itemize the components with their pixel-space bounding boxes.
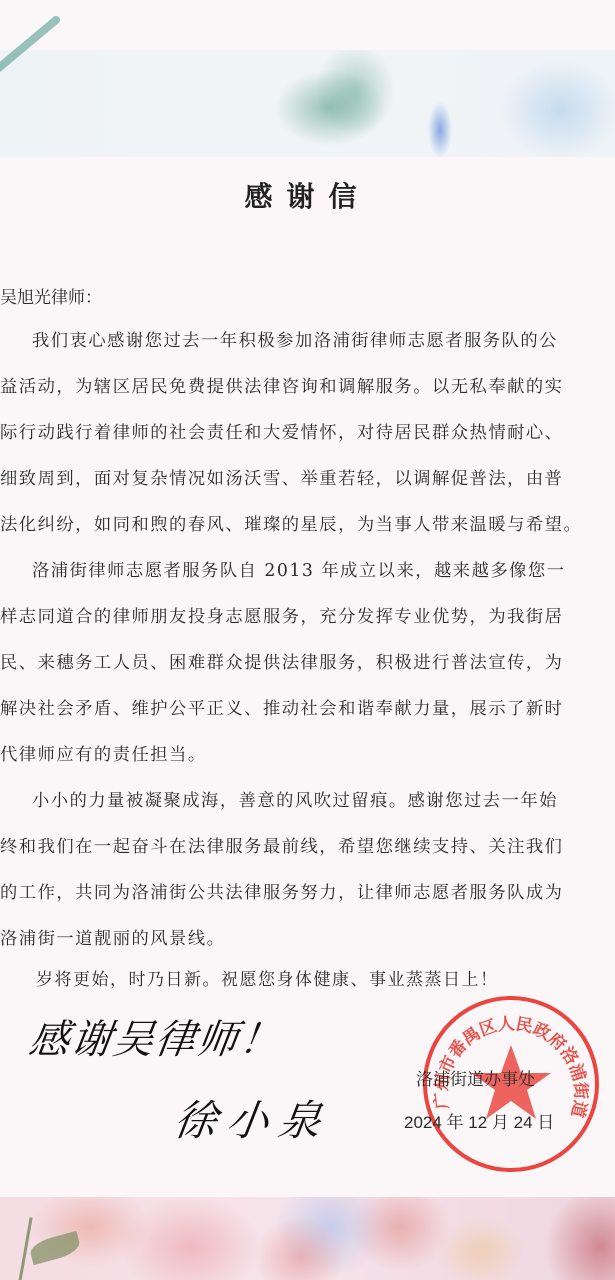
plant-stem-decoration xyxy=(18,1217,32,1280)
body-line: 洛浦街律师志愿者服务队自 2013 年成立以来，越来越多像您一 xyxy=(0,548,615,594)
closing-wishes: 岁将更始，时乃日新。祝愿您身体健康、事业蒸蒸日上！ xyxy=(36,965,499,990)
body-line: 法化纠纷，如同和煦的春风、璀璨的星辰，为当事人带来温暖与希望。 xyxy=(0,502,615,548)
handwritten-note: 感谢吴律师！ xyxy=(26,1008,286,1065)
sender-organization: 洛浦街道办事处 xyxy=(416,1065,535,1090)
leaf-stem-decoration xyxy=(0,14,62,75)
body-line: 样志同道合的律师朋友投身志愿服务，充分发挥专业优势，为我街居 xyxy=(0,594,615,640)
handwritten-signature: 徐小泉 xyxy=(171,1088,335,1148)
body-line: 益活动，为辖区居民免费提供法律咨询和调解服务。以无私奉献的实 xyxy=(0,364,615,410)
bottom-decorative-floral-banner xyxy=(0,1197,615,1280)
body-line: 洛浦街一道靓丽的风景线。 xyxy=(0,916,615,962)
top-decorative-watercolor-banner xyxy=(0,50,615,157)
letter-date: 2024 年 12 月 24 日 xyxy=(404,1108,554,1133)
body-line: 的工作，共同为洛浦街公共法律服务努力，让律师志愿者服务队成为 xyxy=(0,870,615,916)
body-line: 际行动践行着律师的社会责任和大爱情怀，对待居民群众热情耐心、 xyxy=(0,410,615,456)
body-line: 小小的力量被凝聚成海，善意的风吹过留痕。感谢您过去一年始 xyxy=(0,778,615,824)
letter-greeting: 吴旭光律师： xyxy=(0,283,102,308)
paragraph-1: 我们衷心感谢您过去一年积极参加洛浦街律师志愿者服务队的公 益活动，为辖区居民免费… xyxy=(0,318,615,548)
body-line: 民、来穗务工人员、困难群众提供法律服务，积极进行普法宣传，为 xyxy=(0,640,615,686)
paragraph-2: 洛浦街律师志愿者服务队自 2013 年成立以来，越来越多像您一 样志同道合的律师… xyxy=(0,548,615,778)
body-line: 我们衷心感谢您过去一年积极参加洛浦街律师志愿者服务队的公 xyxy=(0,318,615,364)
body-line: 终和我们在一起奋斗在法律服务最前线，希望您继续支持、关注我们 xyxy=(0,824,615,870)
leaf-decoration xyxy=(28,1231,82,1265)
paragraph-3: 小小的力量被凝聚成海，善意的风吹过留痕。感谢您过去一年始 终和我们在一起奋斗在法… xyxy=(0,778,615,962)
letter-body: 我们衷心感谢您过去一年积极参加洛浦街律师志愿者服务队的公 益活动，为辖区居民免费… xyxy=(0,318,615,962)
body-line: 细致周到，面对复杂情况如汤沃雪、举重若轻，以调解促普法，由普 xyxy=(0,456,615,502)
letter-title: 感谢信 xyxy=(0,175,615,215)
body-line: 解决社会矛盾、维护公平正义、推动社会和谐奉献力量，展示了新时 xyxy=(0,686,615,732)
body-line: 代律师应有的责任担当。 xyxy=(0,732,615,778)
